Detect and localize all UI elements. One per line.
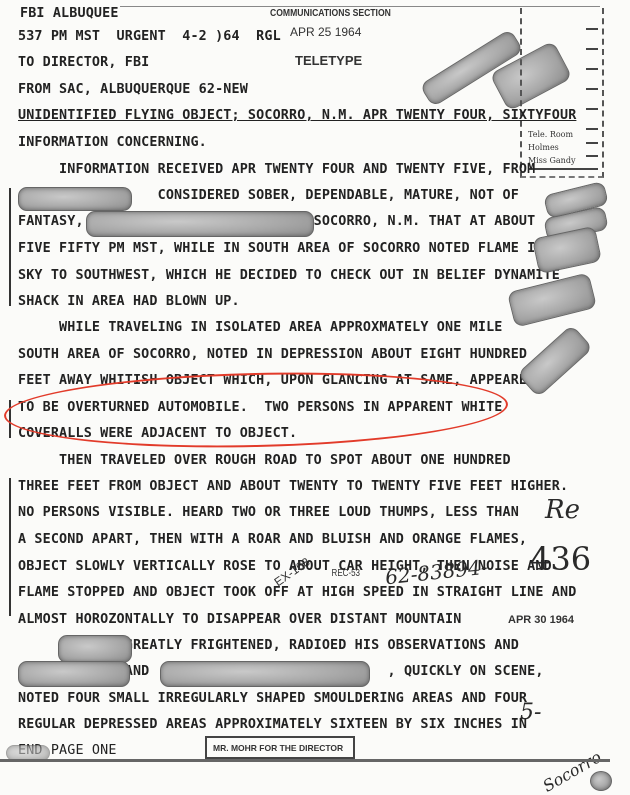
- redaction-name-3: [58, 635, 132, 663]
- body-line: A SECOND APART, THEN WITH A ROAR AND BLU…: [18, 532, 527, 547]
- page-mark: 5-: [520, 700, 541, 725]
- routing-dash: [586, 155, 598, 157]
- routing-dash: [586, 48, 598, 50]
- redaction-name-2: [86, 211, 314, 237]
- routing-dash: [586, 142, 598, 144]
- redaction-socorro-smudge: [590, 771, 612, 791]
- serial-number: 436: [530, 540, 591, 578]
- comm-date-stamp: APR 25 1964: [290, 25, 361, 39]
- header-from: FROM SAC, ALBUQUERQUE 62-NEW: [18, 82, 248, 97]
- body-line: SKY TO SOUTHWEST, WHICH HE DECIDED TO CH…: [18, 268, 560, 283]
- comm-section-stamp: COMMUNICATIONS SECTION: [270, 7, 391, 19]
- margin-bar: [9, 188, 11, 306]
- redaction-name-5: [160, 661, 370, 687]
- redaction-name-1: [18, 187, 132, 211]
- margin-bar: [9, 478, 11, 616]
- routing-dash: [586, 128, 598, 130]
- routing-dash: [586, 88, 598, 90]
- rec-stamp: REC-53: [332, 568, 360, 579]
- header-office: FBI ALBUQUEE: [20, 6, 119, 21]
- body-line: FLAME STOPPED AND OBJECT TOOK OFF AT HIG…: [18, 585, 576, 600]
- header-to: TO DIRECTOR, FBI: [18, 55, 149, 70]
- body-line: SOUTH AREA OF SOCORRO, NOTED IN DEPRESSI…: [18, 347, 527, 362]
- body-line: NO PERSONS VISIBLE. HEARD TWO OR THREE L…: [18, 505, 519, 520]
- routing-dash: [586, 68, 598, 70]
- teletype-stamp: TELETYPE: [295, 53, 362, 68]
- header-transmission: 537 PM MST URGENT 4-2 )64 RGL: [18, 29, 281, 44]
- bottom-rule: [0, 759, 610, 762]
- body-line: THREE FEET FROM OBJECT AND ABOUT TWENTY …: [18, 479, 568, 494]
- body-line: ALMOST HOROZONTALLY TO DISAPPEAR OVER DI…: [18, 612, 461, 627]
- body-line: SHACK IN AREA HAD BLOWN UP.: [18, 294, 240, 309]
- body-line: THEN TRAVELED OVER ROUGH ROAD TO SPOT AB…: [18, 453, 511, 468]
- routing-dash: [528, 168, 598, 170]
- body-line: INFORMATION RECEIVED APR TWENTY FOUR AND…: [18, 162, 535, 177]
- teletype-document: FBI ALBUQUEE 537 PM MST URGENT 4-2 )64 R…: [0, 0, 630, 795]
- body-line: INFORMATION CONCERNING.: [18, 135, 207, 150]
- redaction-name-4: [18, 661, 130, 687]
- body-line-subject: UNIDENTIFIED FLYING OBJECT; SOCORRO, N.M…: [18, 108, 576, 123]
- routing-box: Tele. Room Holmes Miss Gandy: [520, 8, 604, 178]
- director-routing-box: MR. MOHR FOR THE DIRECTOR: [205, 736, 355, 759]
- redaction-margin-5: [517, 324, 593, 397]
- body-line: WHILE TRAVELING IN ISOLATED AREA APPROXM…: [18, 320, 503, 335]
- routing-entry: Holmes: [528, 143, 559, 152]
- received-date-stamp: APR 30 1964: [508, 614, 574, 626]
- body-line: REGULAR DEPRESSED AREAS APPROXIMATELY SI…: [18, 717, 527, 732]
- routing-entry: Tele. Room: [528, 130, 573, 139]
- body-line: FIVE FIFTY PM MST, WHILE IN SOUTH AREA O…: [18, 241, 544, 256]
- routing-dash: [586, 108, 598, 110]
- initials-top: Re: [545, 495, 580, 525]
- routing-dash: [586, 28, 598, 30]
- body-line: NOTED FOUR SMALL IRREGULARLY SHAPED SMOU…: [18, 691, 527, 706]
- redaction-margin-3: [532, 226, 602, 275]
